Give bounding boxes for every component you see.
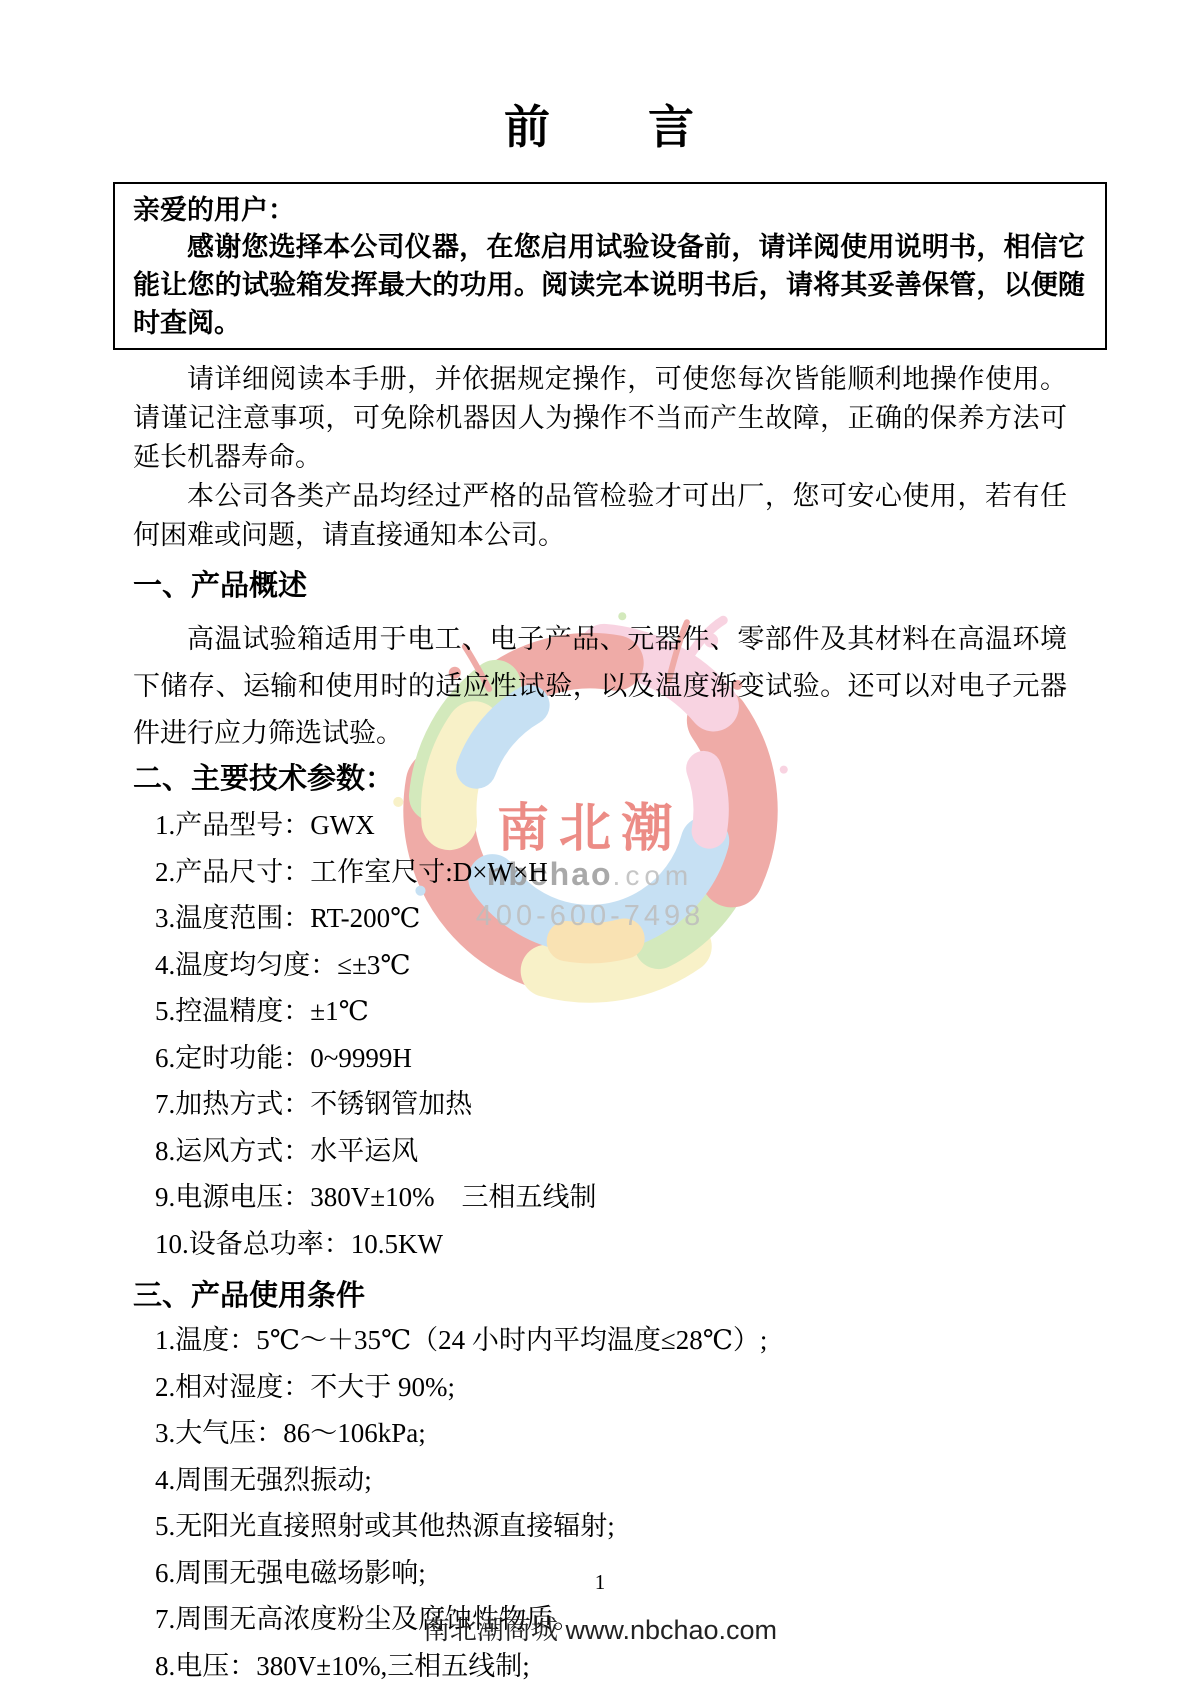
page-title: 前 言 xyxy=(133,0,1067,156)
spec-item: 3.温度范围：RT-200℃ xyxy=(155,895,1067,942)
condition-item: 5.无阳光直接照射或其他热源直接辐射; xyxy=(155,1503,1067,1550)
condition-item: 3.大气压：86～106kPa; xyxy=(155,1410,1067,1457)
section-heading-overview: 一、产品概述 xyxy=(133,569,1067,603)
condition-item: 2.相对湿度：不大于 90%; xyxy=(155,1364,1067,1411)
section-heading-specs: 二、主要技术参数： xyxy=(133,762,1067,796)
intro-paragraph: 本公司各类产品均经过严格的品管检验才可出厂，您可安心使用，若有任何困难或问题，请… xyxy=(133,477,1067,555)
spec-item: 4.温度均匀度：≤±3℃ xyxy=(155,942,1067,989)
notice-body: 感谢您选择本公司仪器，在您启用试验设备前，请详阅使用说明书，相信它能让您的试验箱… xyxy=(133,228,1085,342)
notice-box: 亲爱的用户： 感谢您选择本公司仪器，在您启用试验设备前，请详阅使用说明书，相信它… xyxy=(113,182,1107,350)
page-content: 前 言 亲爱的用户： 感谢您选择本公司仪器，在您启用试验设备前，请详阅使用说明书… xyxy=(133,0,1067,1689)
document-page: 南北潮 nbchao.com 400-600-7498 前 言 亲爱的用户： 感… xyxy=(0,0,1200,1697)
spec-item: 8.运风方式：水平运风 xyxy=(155,1128,1067,1175)
spec-item: 9.电源电压：380V±10% 三相五线制 xyxy=(155,1174,1067,1221)
condition-item: 4.周围无强烈振动; xyxy=(155,1457,1067,1504)
spec-item: 7.加热方式：不锈钢管加热 xyxy=(155,1081,1067,1128)
notice-salutation: 亲爱的用户： xyxy=(133,192,1085,228)
spec-item: 10.设备总功率：10.5KW xyxy=(155,1221,1067,1268)
condition-item: 8.电压：380V±10%,三相五线制; xyxy=(155,1643,1067,1690)
intro-paragraph: 请详细阅读本手册，并依据规定操作，可使您每次皆能顺利地操作使用。请谨记注意事项，… xyxy=(133,360,1067,477)
spec-item: 5.控温精度：±1℃ xyxy=(155,988,1067,1035)
spec-item: 2.产品尺寸：工作室尺寸:D×W×H xyxy=(155,849,1067,896)
spec-item: 6.定时功能：0~9999H xyxy=(155,1035,1067,1082)
footer-site-line: 南北潮商城 www.nbchao.com xyxy=(0,1614,1200,1646)
section-overview-paragraph: 高温试验箱适用于电工、电子产品、元器件、零部件及其材料在高温环境下储存、运输和使… xyxy=(133,616,1067,757)
spec-item: 1.产品型号：GWX xyxy=(155,802,1067,849)
condition-item: 1.温度：5℃～＋35℃（24 小时内平均温度≤28℃）; xyxy=(155,1317,1067,1364)
section-heading-conditions: 三、产品使用条件 xyxy=(133,1279,1067,1313)
spec-list: 1.产品型号：GWX 2.产品尺寸：工作室尺寸:D×W×H 3.温度范围：RT-… xyxy=(133,802,1067,1267)
page-number: 1 xyxy=(0,1570,1200,1594)
